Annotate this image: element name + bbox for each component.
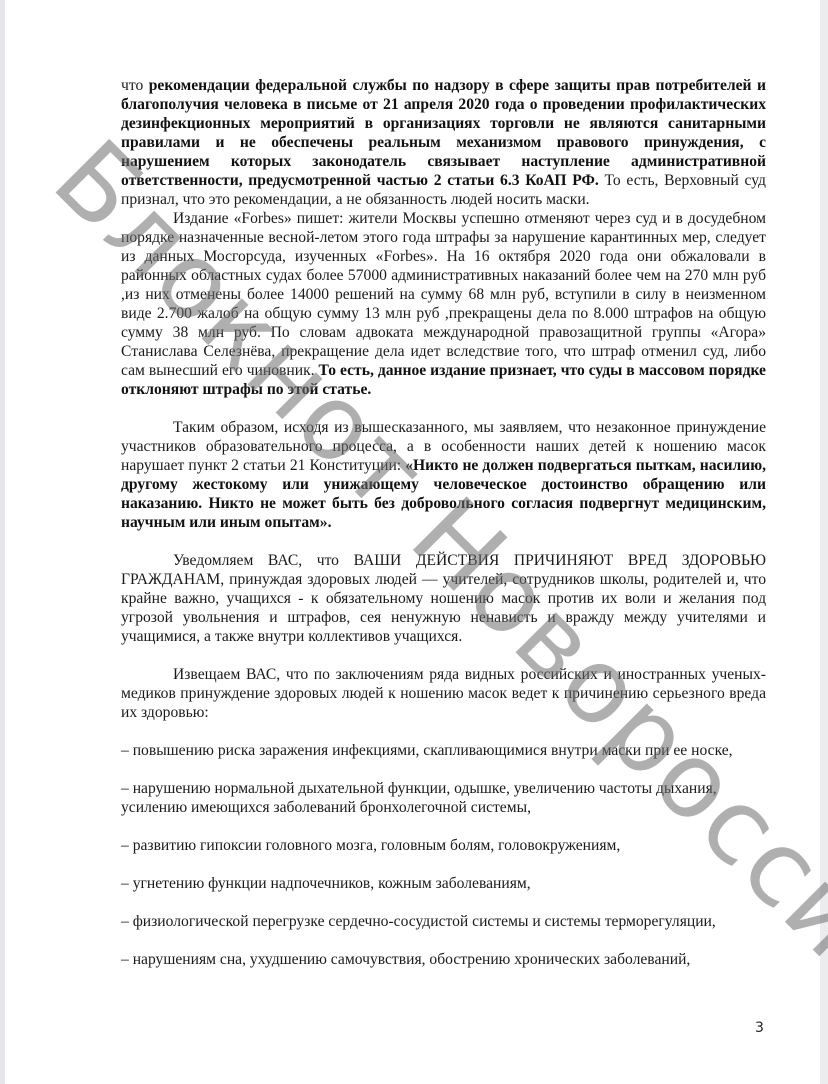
paragraph-constitution: Таким образом, исходя из вышесказанного,… (121, 418, 766, 532)
list-item: – повышению риска заражения инфекциями, … (121, 741, 766, 760)
para2-text: Издание «Forbes» пишет: жители Москвы ус… (121, 210, 766, 379)
document-page: что рекомендации федеральной службы по н… (121, 76, 766, 969)
paragraph-notice: Уведомляем ВАС, что ВАШИ ДЕЙСТВИЯ ПРИЧИН… (121, 551, 766, 646)
page-right-edge (820, 0, 828, 1084)
list-item: – физиологической перегрузке сердечно-со… (121, 912, 766, 931)
harm-list: – повышению риска заражения инфекциями, … (121, 741, 766, 969)
page-number: 3 (755, 1020, 764, 1036)
para1-lead: что (121, 77, 149, 94)
list-item: – угнетению функции надпочечников, кожны… (121, 874, 766, 893)
list-item: – нарушению нормальной дыхательной функц… (121, 779, 766, 817)
paragraph-forbes: Издание «Forbes» пишет: жители Москвы ус… (121, 209, 766, 399)
list-item: – нарушениям сна, ухудшению самочувствия… (121, 950, 766, 969)
list-item: – развитию гипоксии головного мозга, гол… (121, 836, 766, 855)
paragraph-supreme-court: что рекомендации федеральной службы по н… (121, 76, 766, 209)
paragraph-medical: Извещаем ВАС, что по заключениям ряда ви… (121, 665, 766, 722)
page-left-edge (0, 0, 5, 1084)
